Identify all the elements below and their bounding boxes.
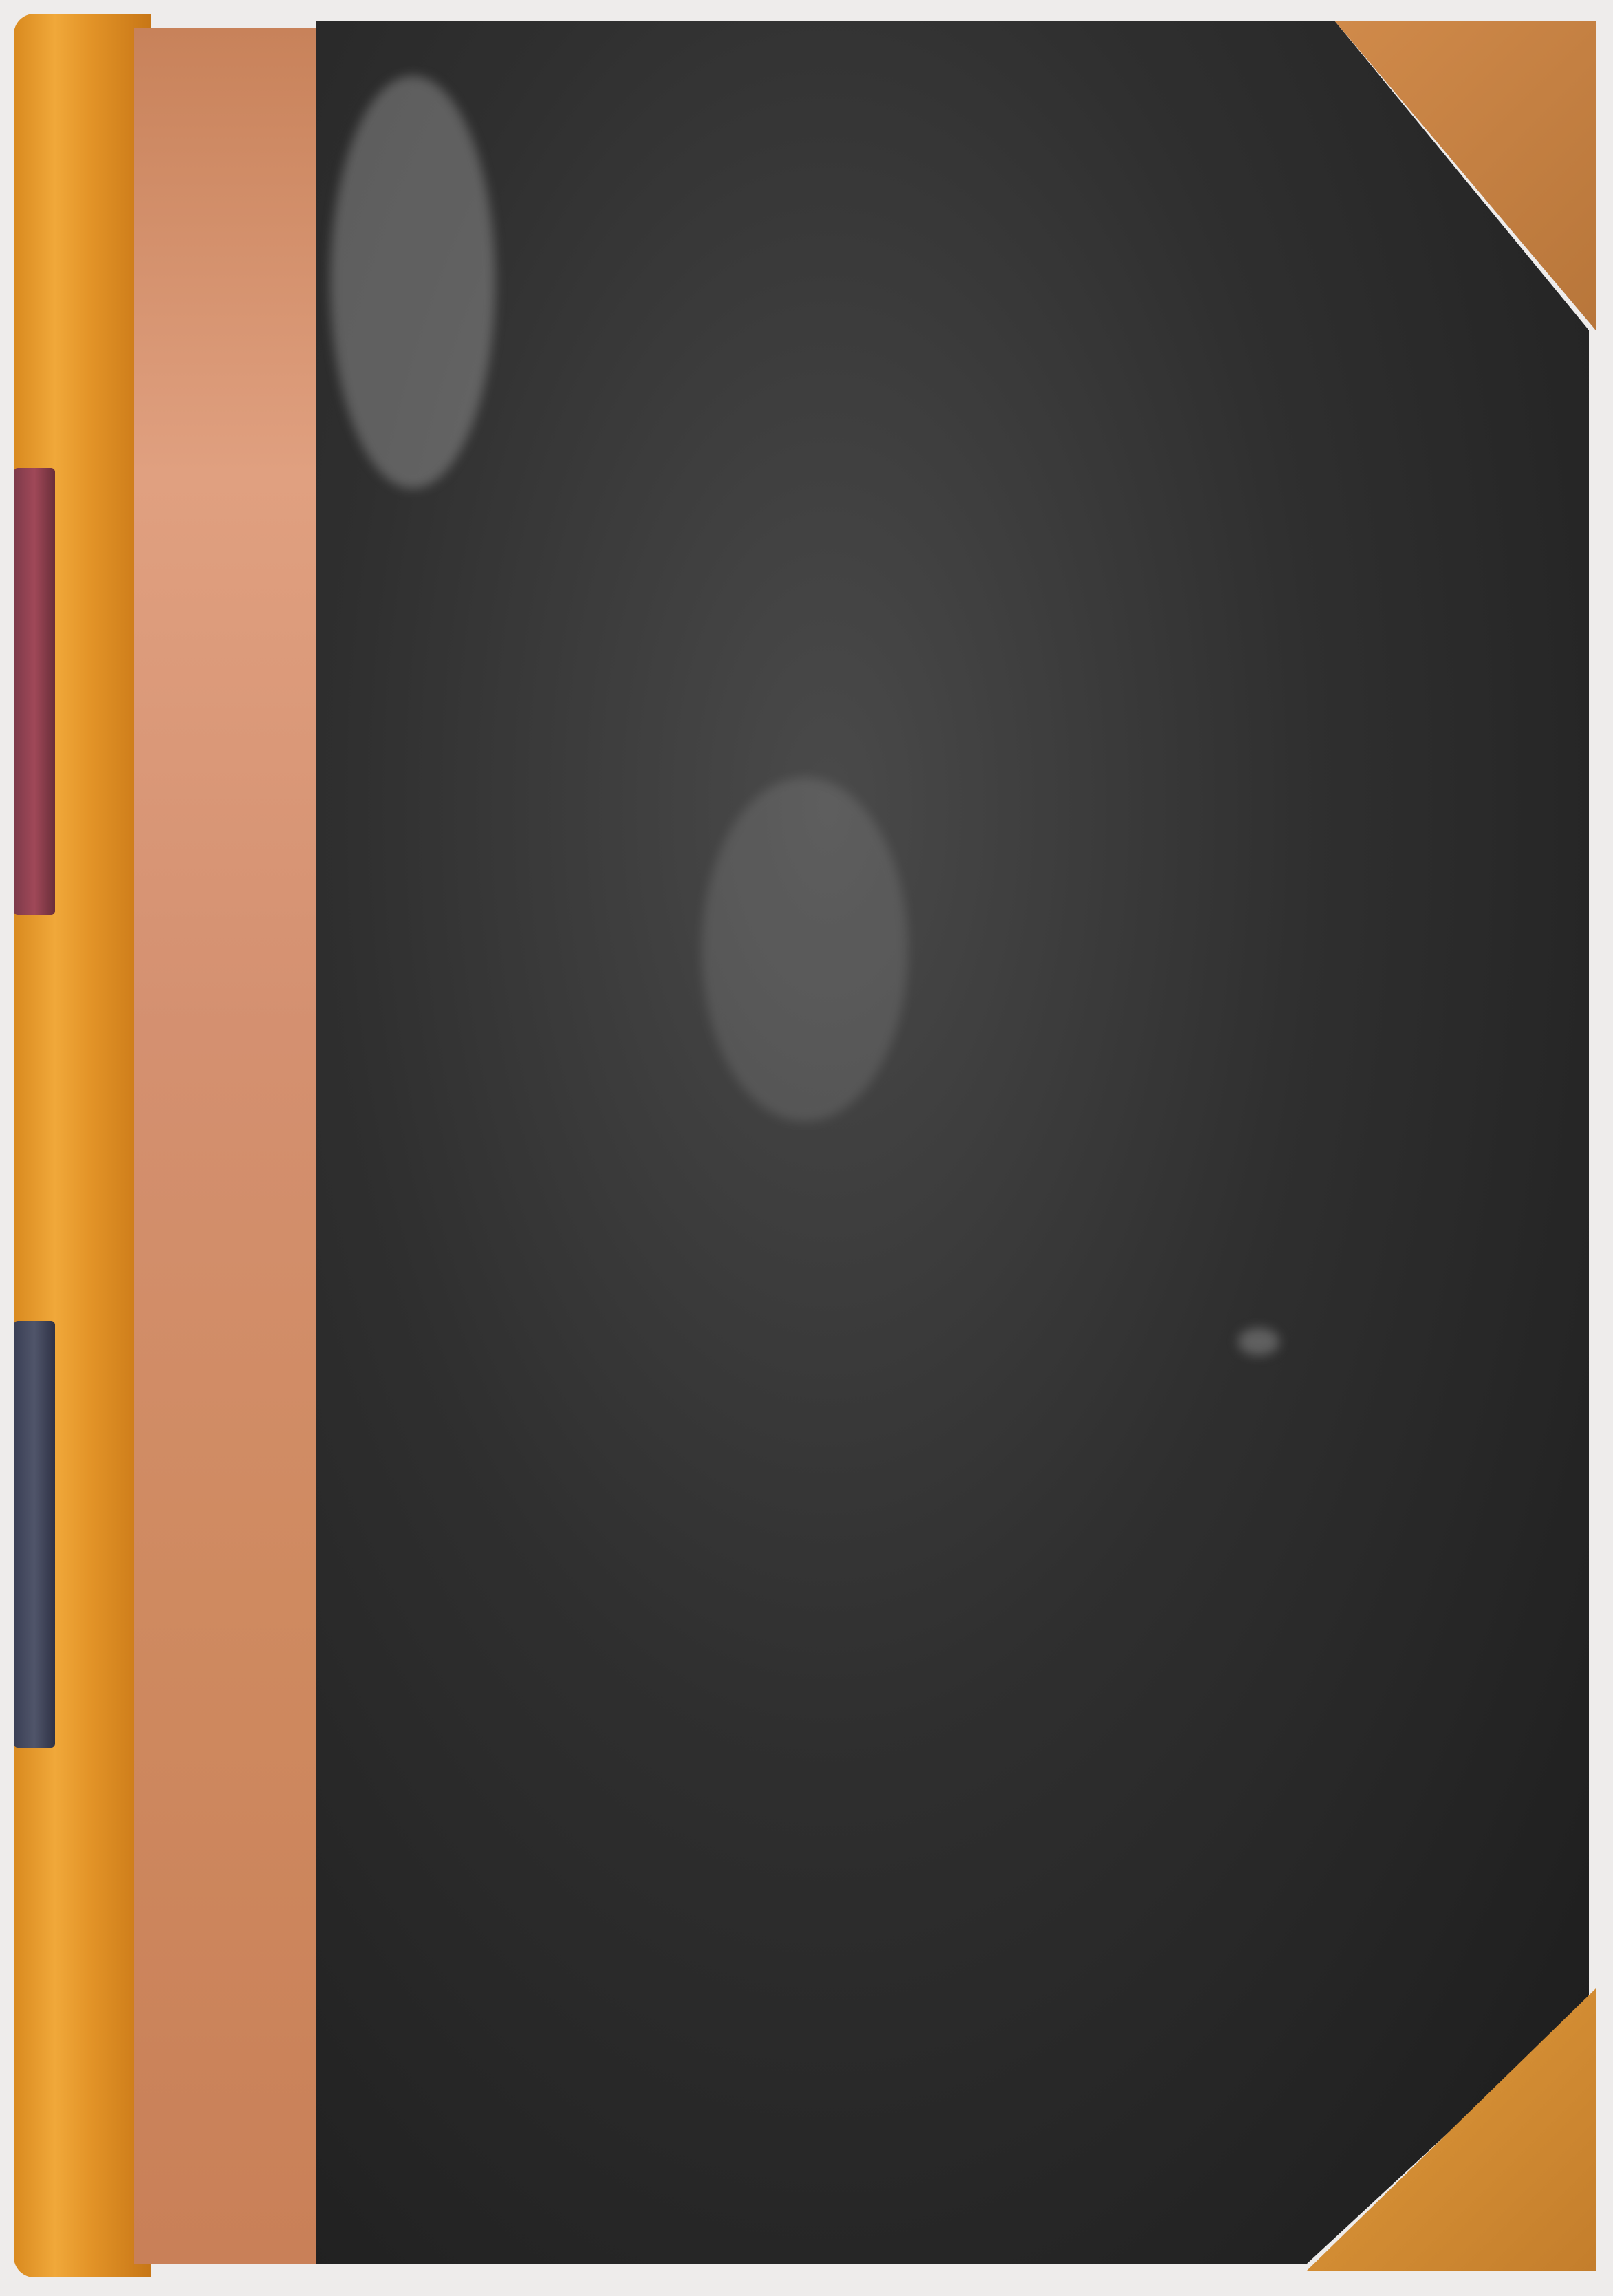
wear-mark [702,777,908,1122]
spine-label-red [14,468,55,915]
book-spine [14,14,151,2277]
spine-label-dark [14,1321,55,1748]
wear-mark [330,76,495,489]
wear-mark [1238,1328,1279,1355]
book [14,14,1596,2277]
leather-strip [134,28,330,2264]
cloth-board [316,21,1596,2264]
